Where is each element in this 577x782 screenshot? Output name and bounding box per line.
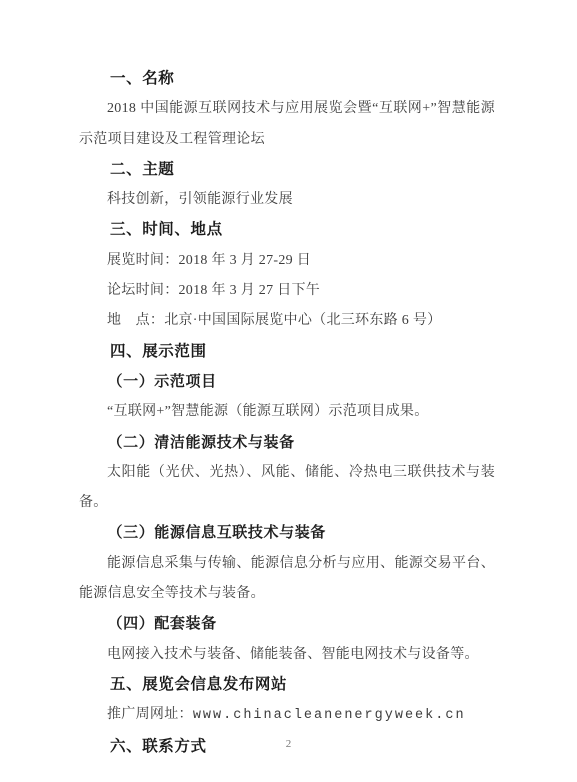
- paragraph: 推广周网址：www.chinacleanenergyweek.cn: [79, 700, 495, 731]
- sub-heading: （四）配套装备: [79, 609, 495, 639]
- document-page: 一、名称2018 中国能源互联网技术与应用展览会暨“互联网+”智慧能源示范项目建…: [0, 0, 577, 782]
- paragraph: 太阳能（光伏、光热）、风能、储能、冷热电三联供技术与装备。: [79, 458, 495, 519]
- paragraph: 电网接入技术与装备、储能装备、智能电网技术与设备等。: [79, 640, 495, 670]
- paragraph: 能源信息采集与传输、能源信息分析与应用、能源交易平台、能源信息安全等技术与装备。: [79, 549, 495, 610]
- paragraph: 科技创新，引领能源行业发展: [79, 185, 495, 215]
- sub-heading: （一）示范项目: [79, 367, 495, 397]
- sub-heading: （三）能源信息互联技术与装备: [79, 518, 495, 548]
- paragraph: 展览时间：2018 年 3 月 27-29 日: [79, 246, 495, 276]
- paragraph: “互联网+”智慧能源（能源互联网）示范项目成果。: [79, 397, 495, 427]
- sub-heading: （二）清洁能源技术与装备: [79, 428, 495, 458]
- page-number: 2: [0, 738, 577, 750]
- document-content: 一、名称2018 中国能源互联网技术与应用展览会暨“互联网+”智慧能源示范项目建…: [79, 64, 495, 762]
- section-heading: 五、展览会信息发布网站: [79, 670, 495, 700]
- url-label: 推广周网址：: [107, 707, 193, 722]
- section-heading: 二、主题: [79, 155, 495, 185]
- section-heading: 四、展示范围: [79, 337, 495, 367]
- section-heading: 一、名称: [79, 64, 495, 94]
- paragraph: 论坛时间：2018 年 3 月 27 日下午: [79, 276, 495, 306]
- website-url: www.chinacleanenergyweek.cn: [193, 708, 466, 723]
- paragraph: 2018 中国能源互联网技术与应用展览会暨“互联网+”智慧能源示范项目建设及工程…: [79, 94, 495, 155]
- paragraph: 地 点：北京·中国国际展览中心（北三环东路 6 号）: [79, 306, 495, 336]
- section-heading: 三、时间、地点: [79, 215, 495, 245]
